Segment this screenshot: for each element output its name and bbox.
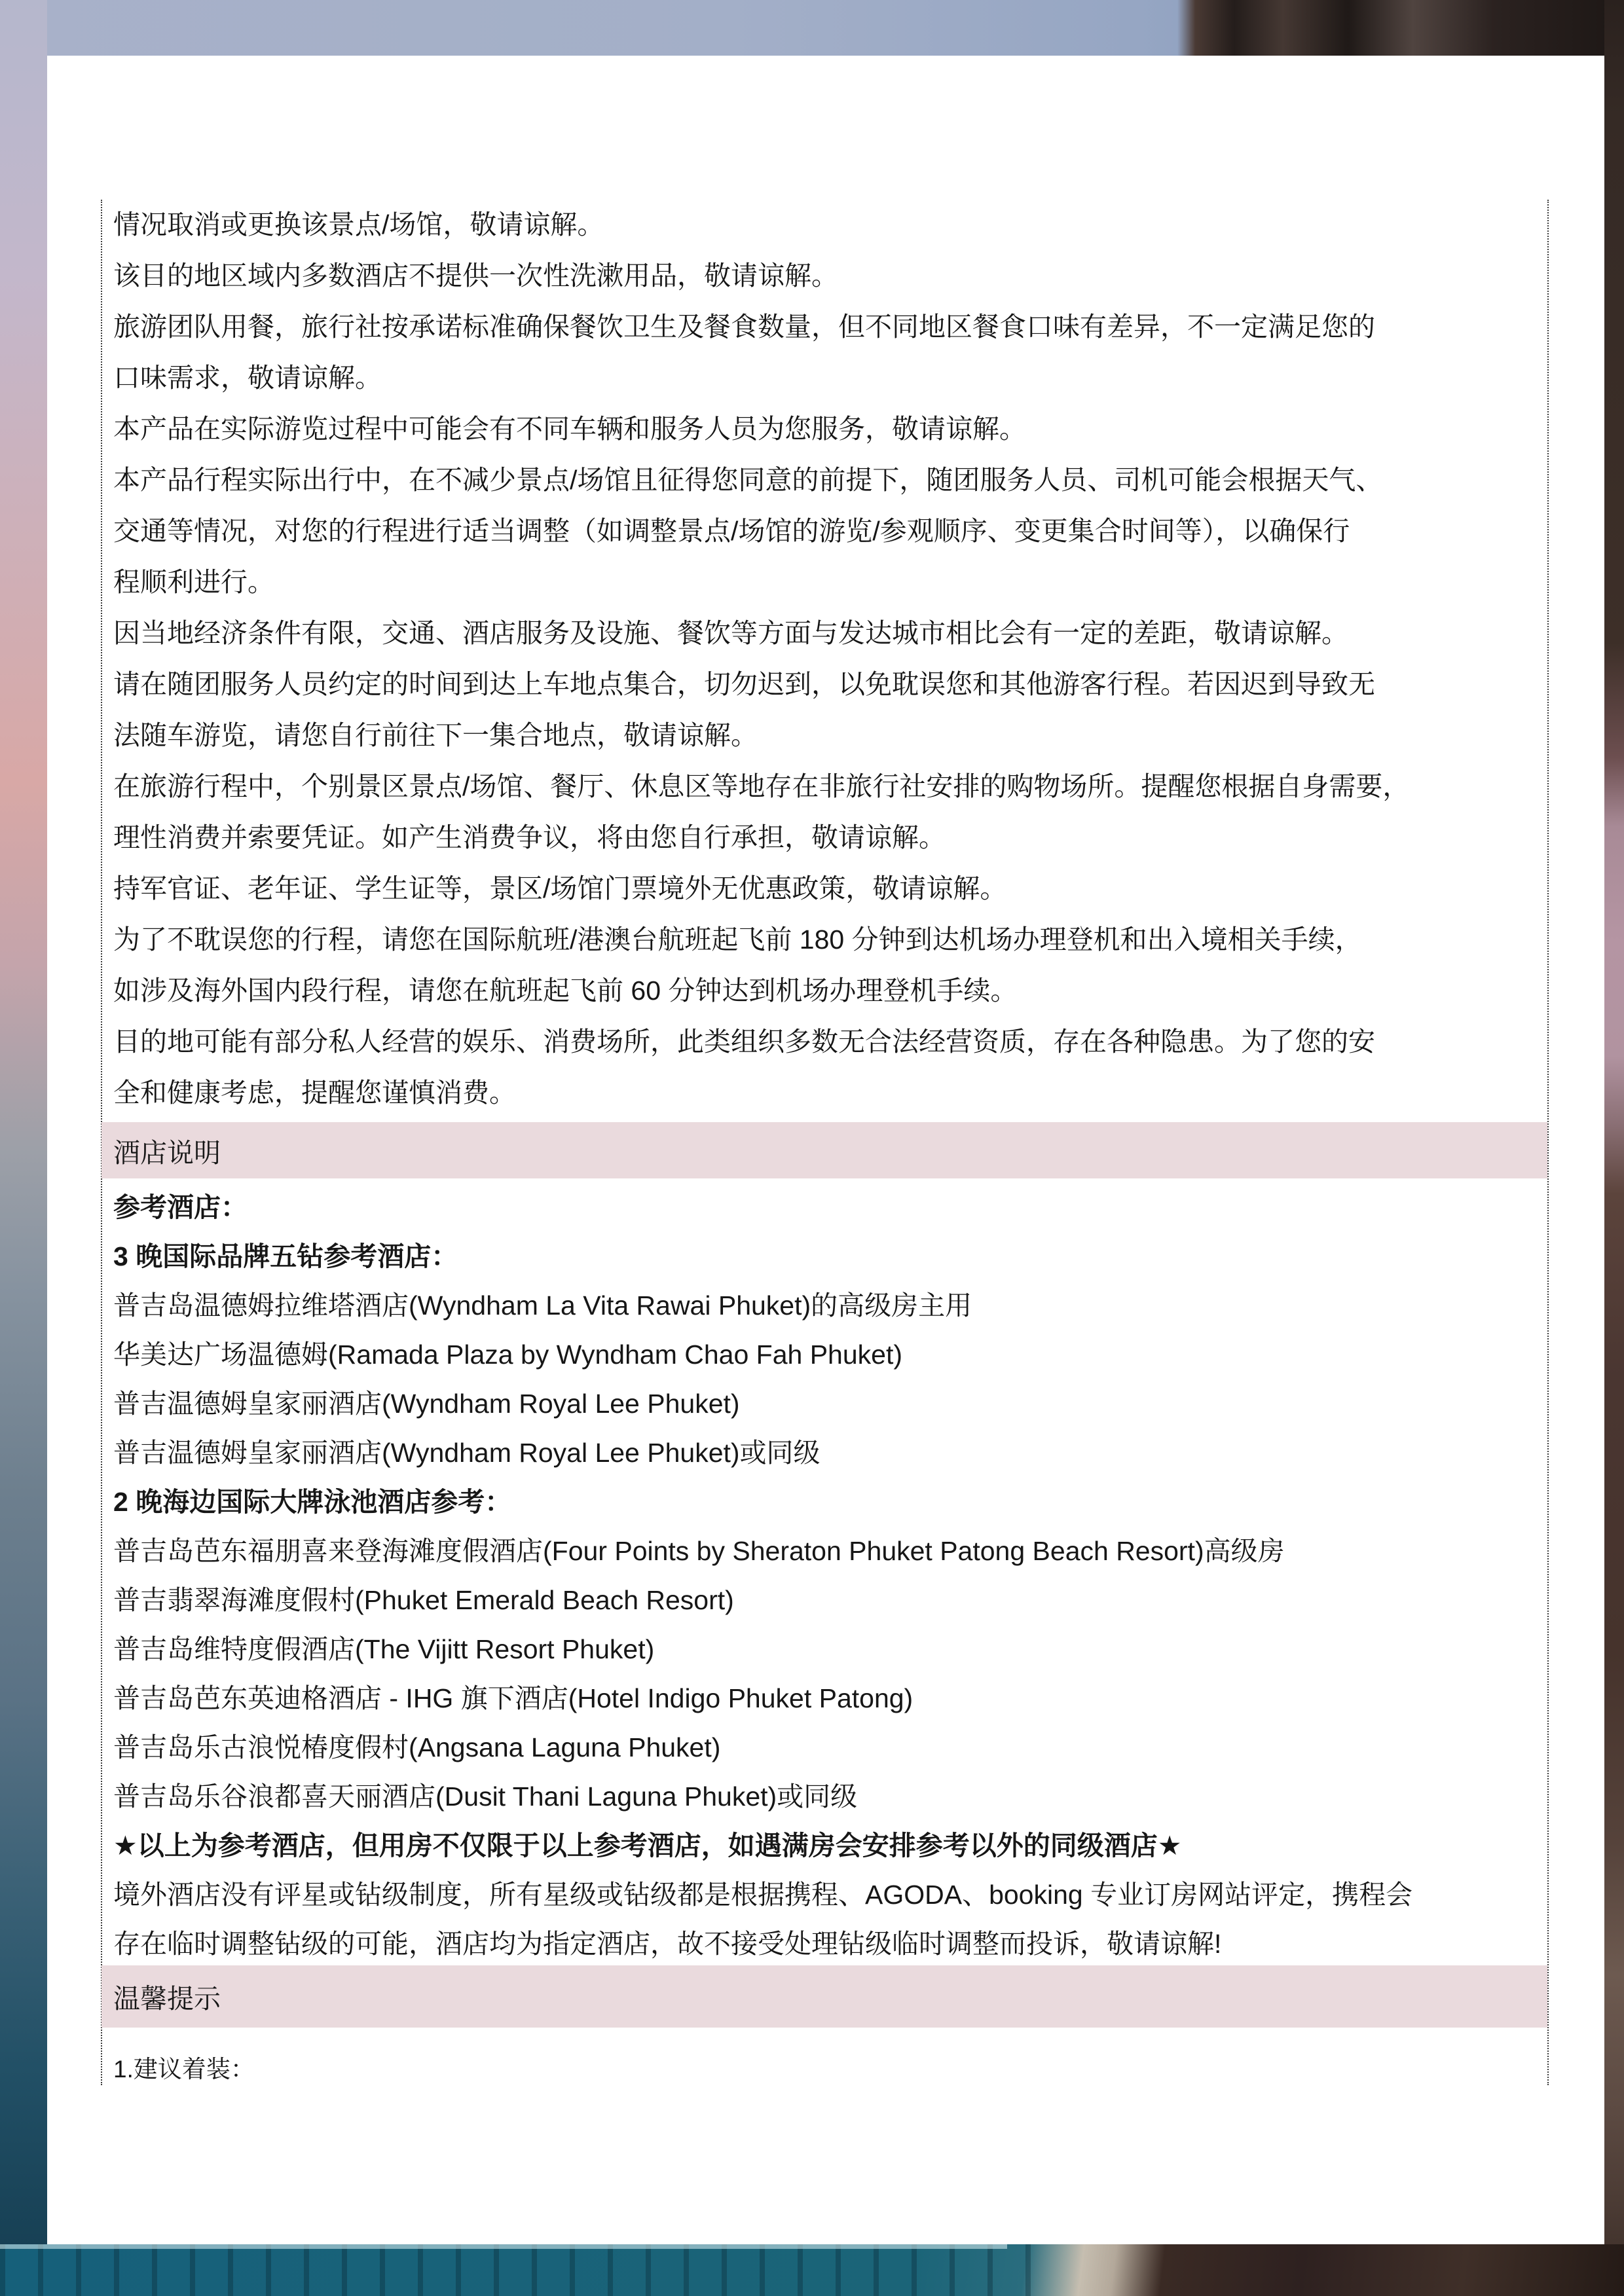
hotel-reference-line: ★以上为参考酒店，但用房不仅限于以上参考酒店，如遇满房会安排参考以外的同级酒店★ — [113, 1821, 1547, 1870]
disclaimer-line: 理性消费并索要凭证。如产生消费争议，将由您自行承担，敬请谅解。 — [113, 812, 1547, 863]
disclaimer-line: 因当地经济条件有限，交通、酒店服务及设施、餐饮等方面与发达城市相比会有一定的差距… — [113, 608, 1547, 659]
disclaimer-line: 本产品在实际游览过程中可能会有不同车辆和服务人员为您服务，敬请谅解。 — [113, 403, 1547, 454]
section-header-hotel-description: 酒店说明 — [101, 1122, 1547, 1178]
hotel-reference-line: 3 晚国际品牌五钻参考酒店： — [113, 1232, 1547, 1281]
disclaimer-line: 程顺利进行。 — [113, 556, 1547, 608]
hotel-reference-line: 参考酒店： — [113, 1183, 1547, 1232]
section-header-hotel-description-label: 酒店说明 — [113, 1131, 221, 1170]
tips-block: 1.建议着装： — [113, 2044, 1547, 2095]
hotel-reference-line: 普吉翡翠海滩度假村(Phuket Emerald Beach Resort) — [113, 1576, 1547, 1625]
disclaimer-line: 交通等情况，对您的行程进行适当调整（如调整景点/场馆的游览/参观顺序、变更集合时… — [113, 505, 1547, 556]
section-header-tips-label: 温馨提示 — [113, 1977, 221, 2016]
disclaimer-line: 为了不耽误您的行程，请您在国际航班/港澳台航班起飞前 180 分钟到达机场办理登… — [113, 914, 1547, 965]
hotel-reference-line: 普吉岛温德姆拉维塔酒店(Wyndham La Vita Rawai Phuket… — [113, 1281, 1547, 1330]
disclaimer-line: 持军官证、老年证、学生证等，景区/场馆门票境外无优惠政策，敬请谅解。 — [113, 863, 1547, 914]
background-photo-top-sky-and-boat — [0, 0, 1624, 56]
hotel-reference-line: 普吉温德姆皇家丽酒店(Wyndham Royal Lee Phuket) — [113, 1379, 1547, 1429]
hotel-reference-line: 华美达广场温德姆(Ramada Plaza by Wyndham Chao Fa… — [113, 1330, 1547, 1379]
hotel-reference-line: 存在临时调整钻级的可能，酒店均为指定酒店，故不接受处理钻级临时调整而投诉，敬请谅… — [113, 1920, 1547, 1969]
disclaimer-line: 该目的地区域内多数酒店不提供一次性洗漱用品，敬请谅解。 — [113, 250, 1547, 301]
hotel-reference-line: 普吉岛乐谷浪都喜天丽酒店(Dusit Thani Laguna Phuket)或… — [113, 1772, 1547, 1821]
hotel-reference-line: 普吉岛芭东英迪格酒店 - IHG 旗下酒店(Hotel Indigo Phuke… — [113, 1674, 1547, 1723]
disclaimer-line: 如涉及海外国内段行程，请您在航班起飞前 60 分钟达到机场办理登机手续。 — [113, 965, 1547, 1016]
section-header-tips: 温馨提示 — [101, 1965, 1547, 2028]
disclaimer-line: 目的地可能有部分私人经营的娱乐、消费场所，此类组织多数无合法经营资质，存在各种隐… — [113, 1016, 1547, 1067]
disclaimer-line: 情况取消或更换该景点/场馆，敬请谅解。 — [113, 199, 1547, 250]
hotel-reference-line: 普吉岛乐古浪悦椿度假村(Angsana Laguna Phuket) — [113, 1723, 1547, 1772]
background-photo-left-strip — [0, 0, 47, 2296]
disclaimer-line: 全和健康考虑，提醒您谨慎消费。 — [113, 1067, 1547, 1118]
hotel-reference-line: 普吉岛维特度假酒店(The Vijitt Resort Phuket) — [113, 1625, 1547, 1674]
disclaimer-paragraphs: 情况取消或更换该景点/场馆，敬请谅解。该目的地区域内多数酒店不提供一次性洗漱用品… — [113, 199, 1547, 1118]
background-photo-pool-bottom — [0, 2244, 1624, 2296]
hotel-reference-line: 2 晚海边国际大牌泳池酒店参考： — [113, 1478, 1547, 1527]
disclaimer-line: 口味需求，敬请谅解。 — [113, 352, 1547, 403]
text-boundary-right — [1547, 200, 1549, 2085]
disclaimer-line: 请在随团服务人员约定的时间到达上车地点集合，切勿迟到，以免耽误您和其他游客行程。… — [113, 659, 1547, 710]
hotel-reference-line: 境外酒店没有评星或钻级制度，所有星级或钻级都是根据携程、AGODA、bookin… — [113, 1870, 1547, 1920]
hotel-reference-line: 普吉岛芭东福朋喜来登海滩度假酒店(Four Points by Sheraton… — [113, 1527, 1547, 1576]
disclaimer-line: 法随车游览，请您自行前往下一集合地点，敬请谅解。 — [113, 710, 1547, 761]
hotel-reference-block: 参考酒店：3 晚国际品牌五钻参考酒店：普吉岛温德姆拉维塔酒店(Wyndham L… — [113, 1183, 1547, 1969]
page: 情况取消或更换该景点/场馆，敬请谅解。该目的地区域内多数酒店不提供一次性洗漱用品… — [0, 0, 1624, 2296]
disclaimer-line: 旅游团队用餐，旅行社按承诺标准确保餐饮卫生及餐食数量，但不同地区餐食口味有差异，… — [113, 301, 1547, 352]
document-sheet: 情况取消或更换该景点/场馆，敬请谅解。该目的地区域内多数酒店不提供一次性洗漱用品… — [47, 56, 1604, 2244]
tip-first-line: 1.建议着装： — [113, 2044, 1547, 2095]
hotel-reference-line: 普吉温德姆皇家丽酒店(Wyndham Royal Lee Phuket)或同级 — [113, 1429, 1547, 1478]
disclaimer-line: 在旅游行程中，个别景区景点/场馆、餐厅、休息区等地存在非旅行社安排的购物场所。提… — [113, 761, 1547, 812]
disclaimer-line: 本产品行程实际出行中，在不减少景点/场馆且征得您同意的前提下，随团服务人员、司机… — [113, 454, 1547, 505]
background-photo-right-strip — [1604, 0, 1624, 2296]
